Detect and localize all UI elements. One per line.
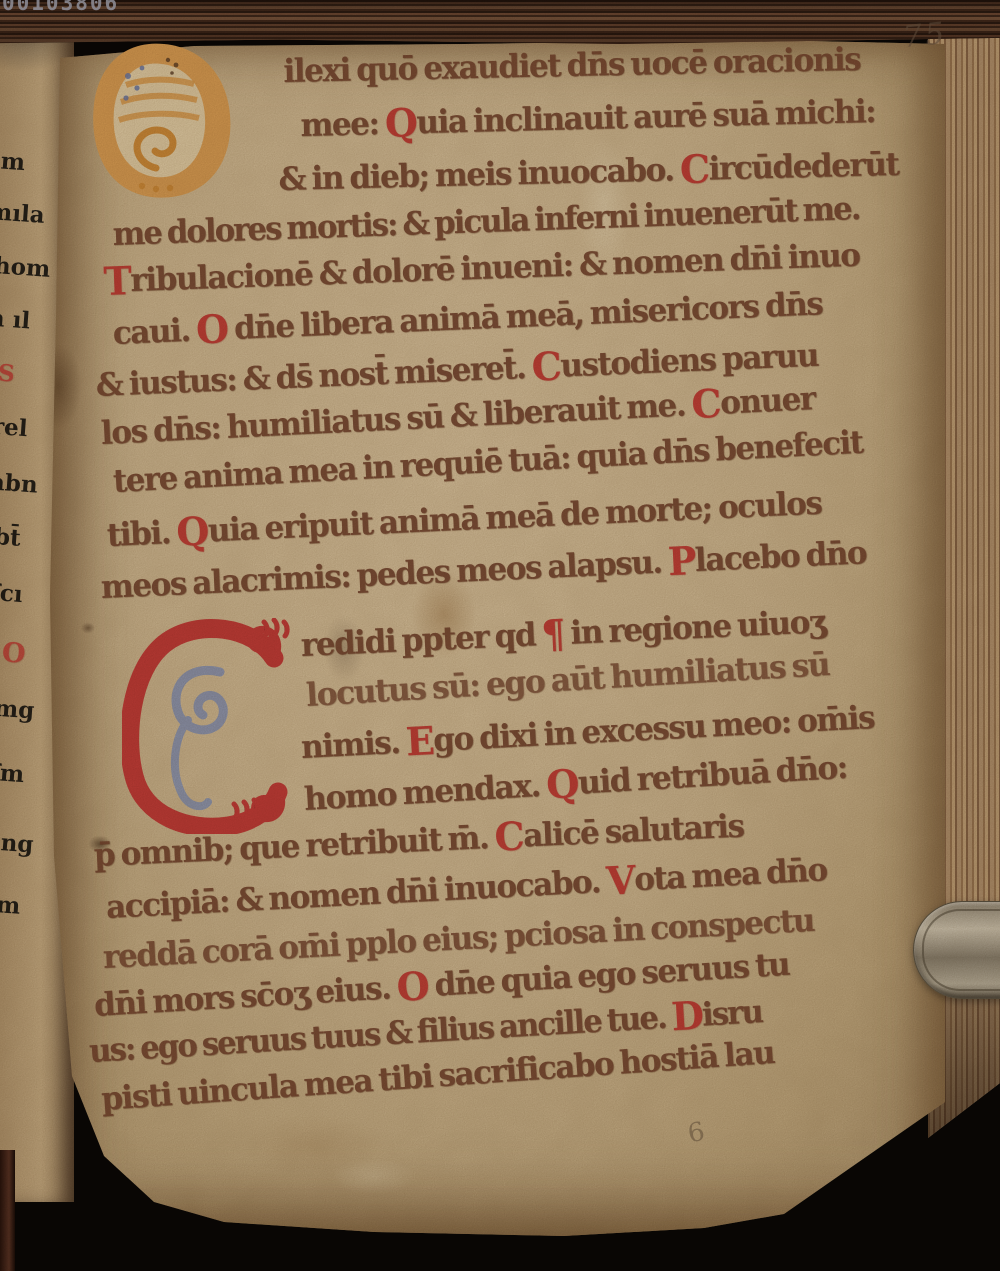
text-segment: abn [0, 468, 39, 498]
text-segment: rel [0, 413, 28, 442]
scan-id-digits: 00103806 [2, 0, 119, 15]
text-segment: ſcı [0, 579, 24, 608]
book-top-edge [0, 0, 1000, 44]
blue-spiral-infill [175, 670, 223, 806]
text-segment: m [0, 891, 21, 920]
text-segment: ım [0, 147, 26, 176]
text-segment: n ıl [0, 305, 31, 335]
text-segment: bt̄ [0, 523, 22, 552]
manuscript-photo: ımmılahomn ılSrelabnbt̄ſcıOmgſmıngm [0, 0, 1000, 1271]
text-segment: ıng [0, 829, 34, 859]
illuminated-initial-c [122, 618, 300, 834]
text-segment: mıla [0, 198, 46, 229]
text-segment: hom [0, 252, 51, 283]
text-segment: mg [0, 695, 35, 725]
text-segment: ſm [0, 759, 25, 788]
folio-number: 75 [901, 16, 949, 55]
binding-edge [0, 1150, 15, 1271]
metal-clasp [913, 901, 1000, 999]
illuminated-initial-d [84, 38, 244, 204]
text-segment: S [0, 359, 16, 387]
text-segment: O [1, 637, 27, 670]
